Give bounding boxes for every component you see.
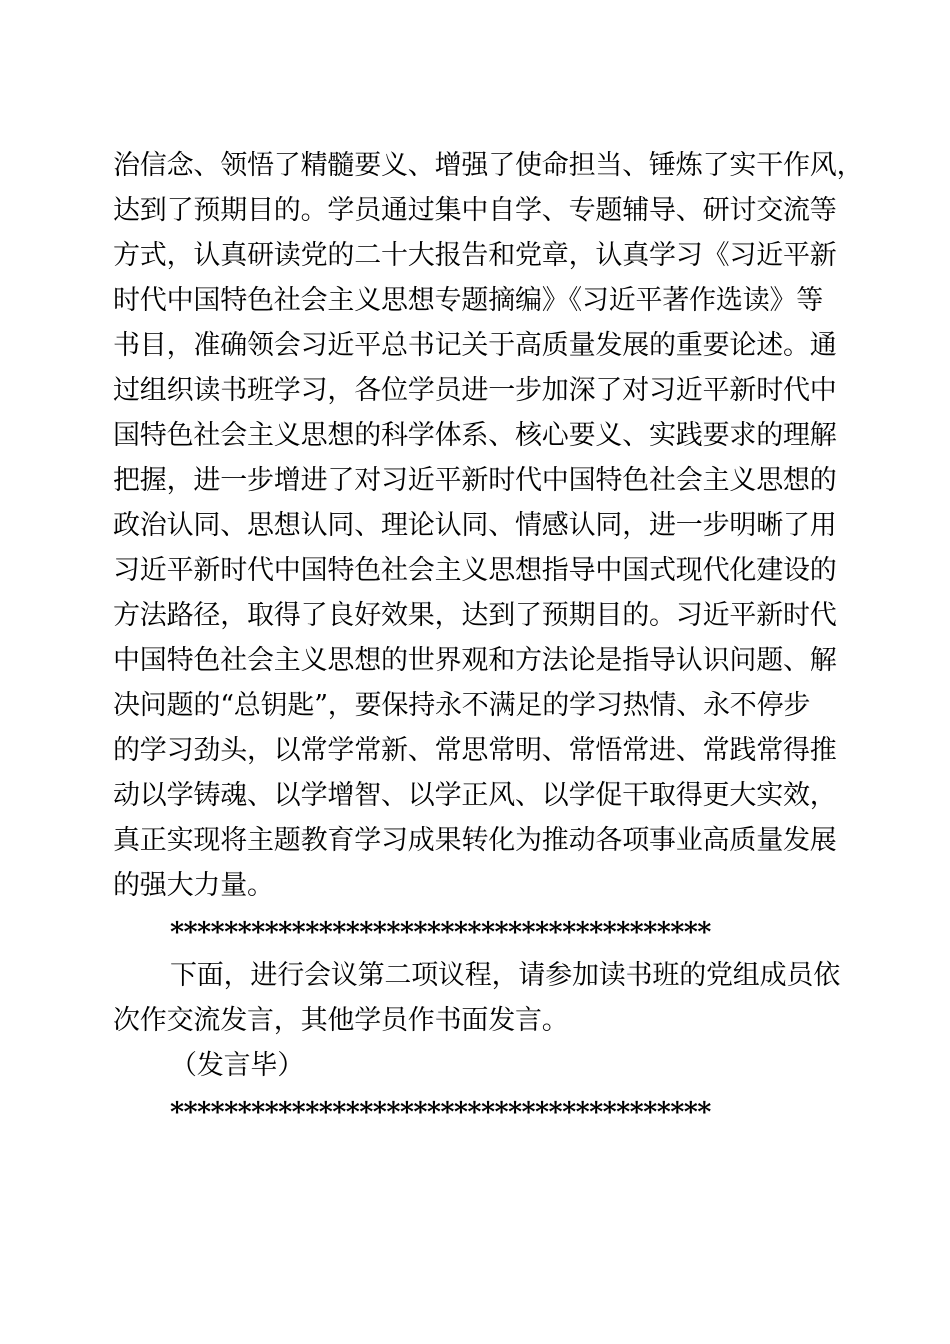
body-line: 的学习劲头，以常学常新、常思常明、常悟常进、常践常得推: [113, 728, 843, 773]
body-line: 书目，准确领会习近平总书记关于高质量发展的重要论述。通: [113, 323, 843, 368]
body-line: 的强大力量。: [113, 863, 843, 908]
speech-end-note: （发言毕）: [113, 1043, 843, 1088]
body-line: 把握，进一步增进了对习近平新时代中国特色社会主义思想的: [113, 458, 843, 503]
body-line: 方法路径，取得了良好效果，达到了预期目的。习近平新时代: [113, 593, 843, 638]
body-line: 时代中国特色社会主义思想专题摘编》《习近平著作选读》等: [113, 278, 843, 323]
body-line: 方式，认真研读党的二十大报告和党章，认真学习《习近平新: [113, 233, 843, 278]
asterisk-separator-bottom: ****************************************: [113, 1090, 843, 1135]
asterisk-separator-top: ****************************************: [113, 910, 843, 955]
body-line: 动以学铸魂、以学增智、以学正风、以学促干取得更大实效，: [113, 773, 843, 818]
body-line: 决问题的“总钥匙”，要保持永不满足的学习热情、永不停步: [113, 683, 843, 728]
announcement-line: 次作交流发言，其他学员作书面发言。: [113, 998, 843, 1043]
document-text-block: 治信念、领悟了精髓要义、增强了使命担当、锤炼了实干作风， 达到了预期目的。学员通…: [113, 143, 843, 1133]
document-page: 治信念、领悟了精髓要义、增强了使命担当、锤炼了实干作风， 达到了预期目的。学员通…: [0, 0, 950, 1344]
body-line: 国特色社会主义思想的科学体系、核心要义、实践要求的理解: [113, 413, 843, 458]
body-line: 政治认同、思想认同、理论认同、情感认同，进一步明晰了用: [113, 503, 843, 548]
body-line: 真正实现将主题教育学习成果转化为推动各项事业高质量发展: [113, 818, 843, 863]
body-line: 达到了预期目的。学员通过集中自学、专题辅导、研讨交流等: [113, 188, 843, 233]
body-line: 习近平新时代中国特色社会主义思想指导中国式现代化建设的: [113, 548, 843, 593]
announcement-line: 下面，进行会议第二项议程，请参加读书班的党组成员依: [113, 953, 843, 998]
body-line: 中国特色社会主义思想的世界观和方法论是指导认识问题、解: [113, 638, 843, 683]
body-line: 过组织读书班学习，各位学员进一步加深了对习近平新时代中: [113, 368, 843, 413]
body-line: 治信念、领悟了精髓要义、增强了使命担当、锤炼了实干作风，: [113, 143, 843, 188]
